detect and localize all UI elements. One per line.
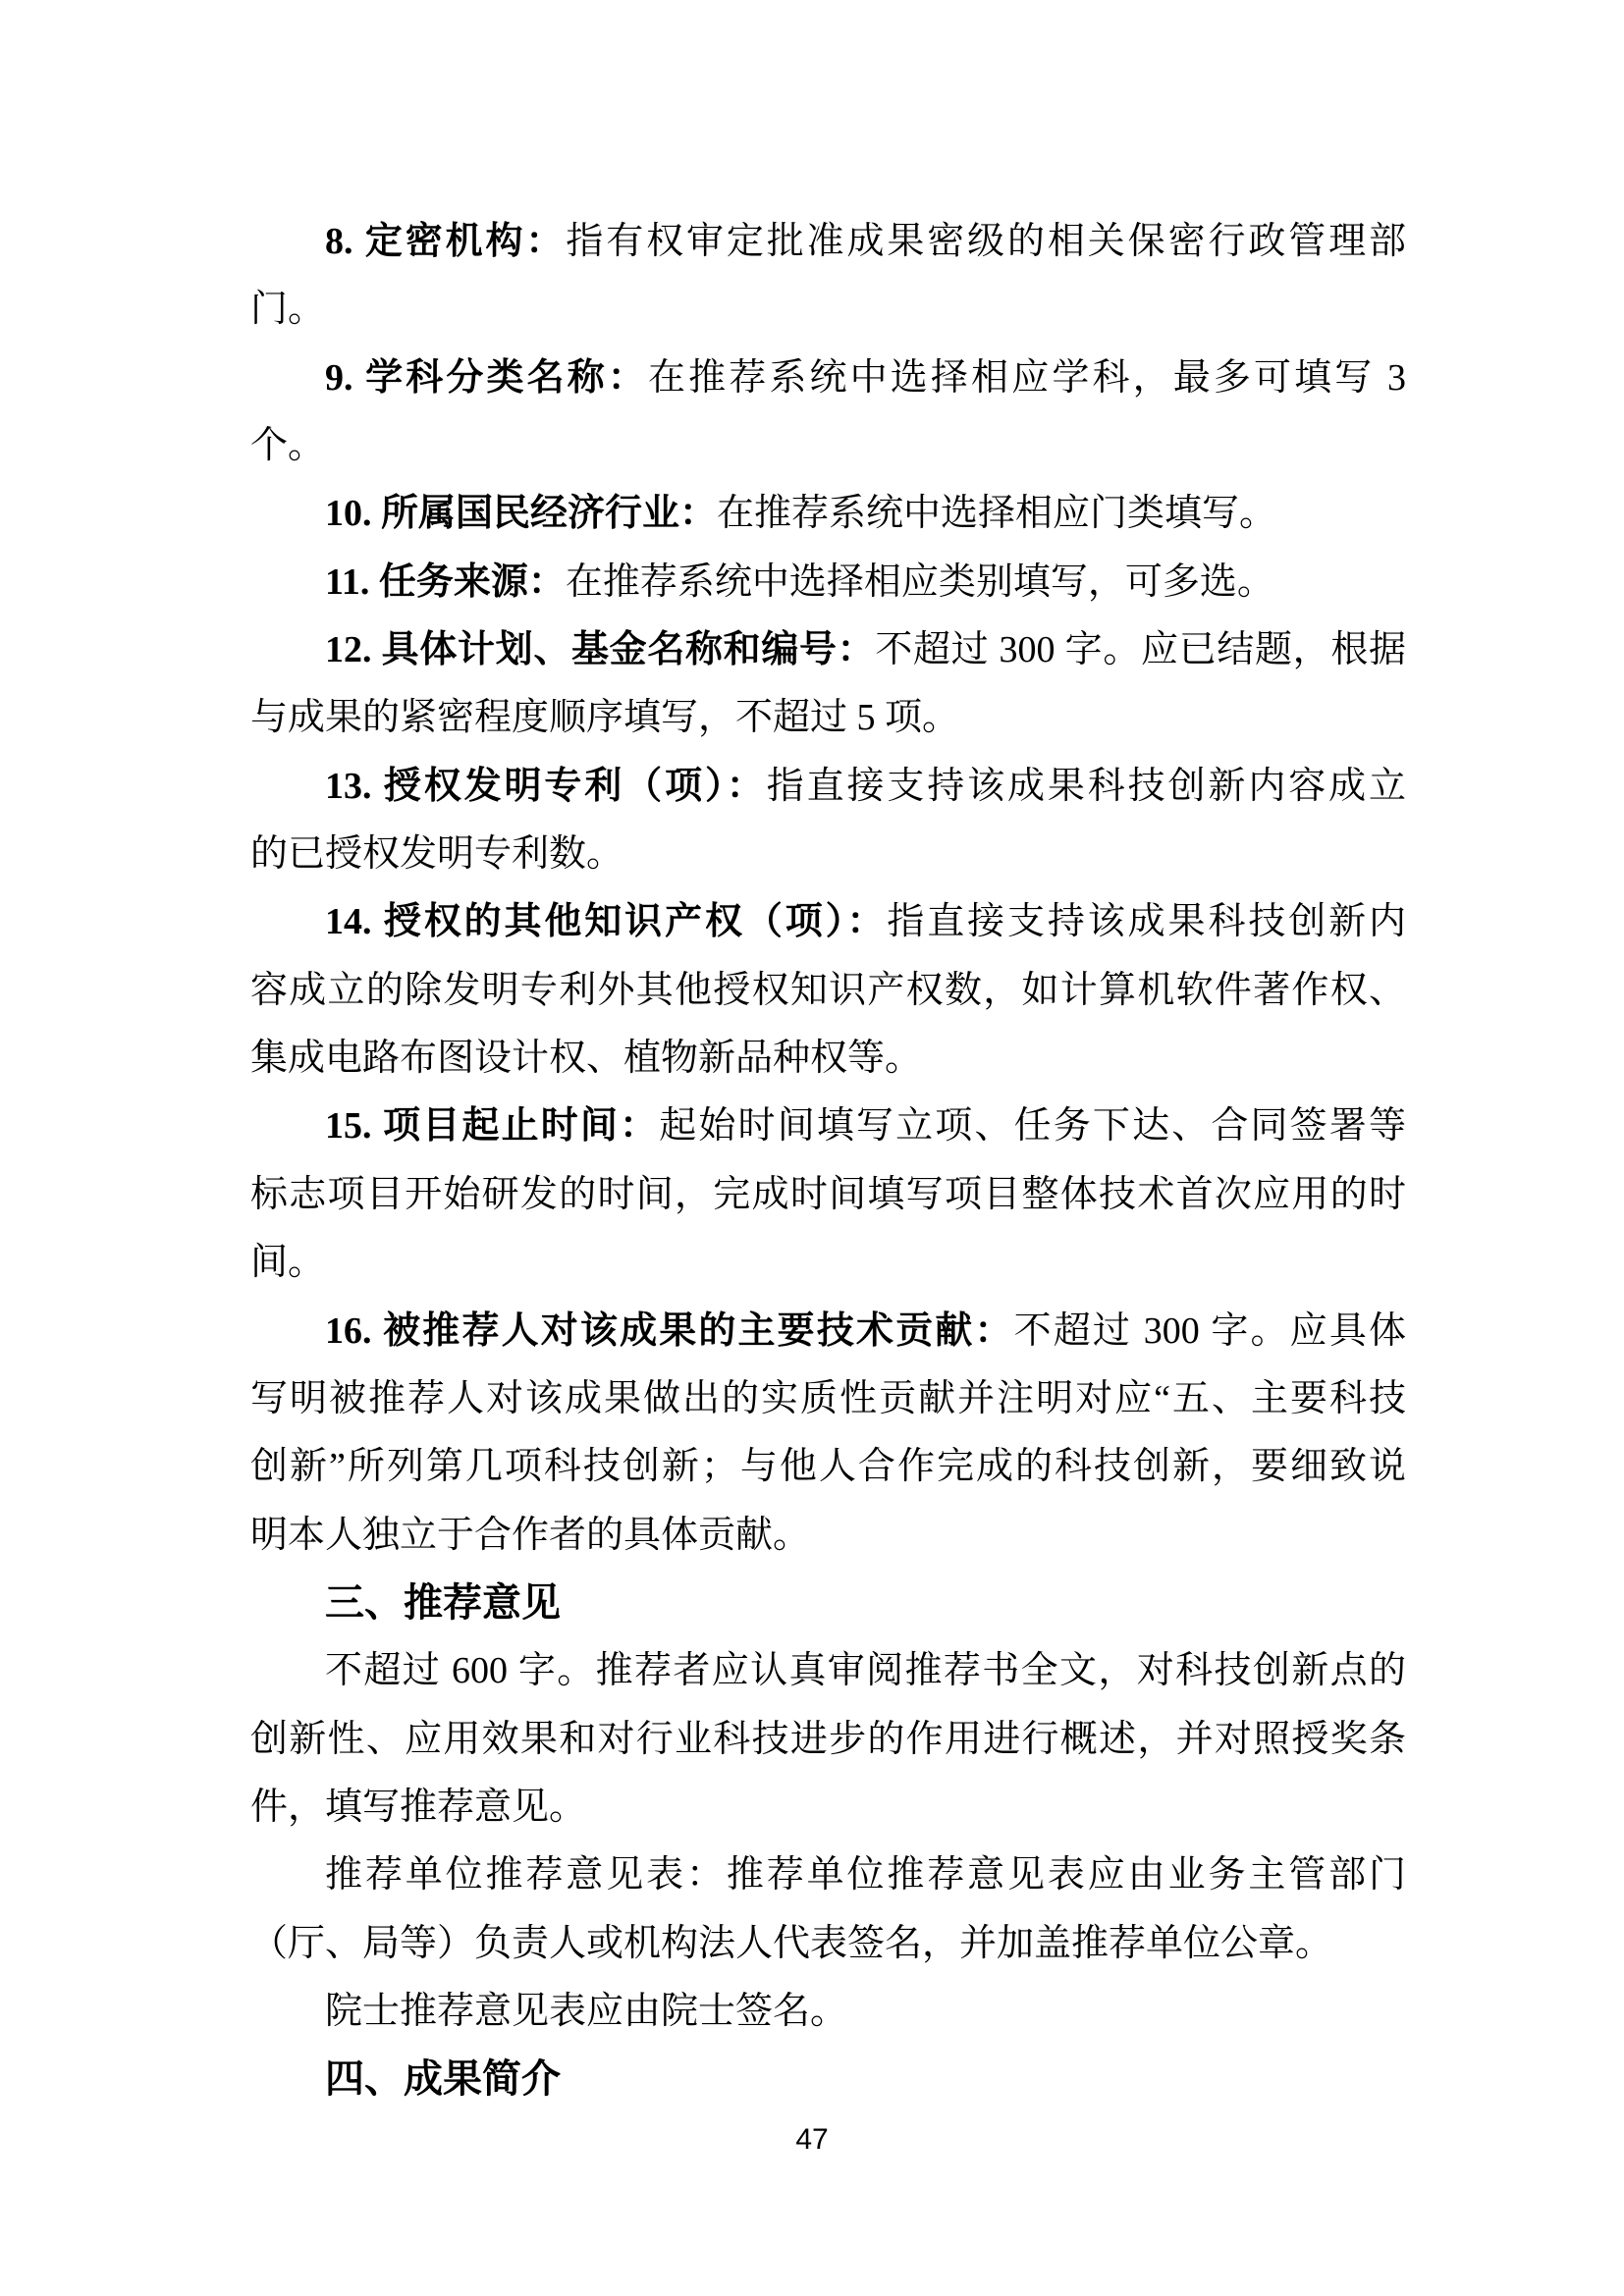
text-line: 创新”所列第几项科技创新；与他人合作完成的科技创新，要细致说 [250, 1433, 1406, 1501]
text-line: 件，填写推荐意见。 [250, 1774, 1406, 1842]
item-label: 16. 被推荐人对该成果的主要技术贡献： [325, 1310, 1014, 1352]
text-line: 14. 授权的其他知识产权（项）：指直接支持该成果科技创新内 [250, 888, 1406, 956]
text-line: 写明被推荐人对该成果做出的实质性贡献并注明对应“五、主要科技 [250, 1365, 1406, 1433]
section-heading: 三、推荐意见 [250, 1570, 1406, 1637]
text-line: 11. 任务来源：在推荐系统中选择相应类别填写，可多选。 [250, 549, 1406, 616]
text-line: 标志项目开始研发的时间，完成时间填写项目整体技术首次应用的时 [250, 1161, 1406, 1229]
text-line: 容成立的除发明专利外其他授权知识产权数，如计算机软件著作权、 [250, 957, 1406, 1025]
text-line: 创新性、应用效果和对行业科技进步的作用进行概述，并对照授奖条 [250, 1706, 1406, 1774]
text-line: 9. 学科分类名称：在推荐系统中选择相应学科，最多可填写 3 个。 [250, 345, 1406, 481]
text-line: 的已授权发明专利数。 [250, 821, 1406, 888]
item-label: 15. 项目起止时间： [325, 1105, 659, 1147]
item-label: 14. 授权的其他知识产权（项）： [325, 901, 887, 942]
text-line: 10. 所属国民经济行业：在推荐系统中选择相应门类填写。 [250, 480, 1406, 548]
item-label: 11. 任务来源： [325, 561, 566, 603]
item-label: 13. 授权发明专利（项）： [325, 766, 767, 807]
document-body: 8. 定密机构：指有权审定批准成果密级的相关保密行政管理部门。9. 学科分类名称… [250, 208, 1406, 2114]
text-line: 间。 [250, 1229, 1406, 1297]
item-label: 8. 定密机构： [325, 221, 566, 262]
text-line: 明本人独立于合作者的具体贡献。 [250, 1502, 1406, 1570]
text-line: 门。 [250, 276, 1406, 344]
page-number: 47 [0, 2122, 1624, 2158]
item-label: 10. 所属国民经济行业： [325, 493, 717, 534]
text-line: 推荐单位推荐意见表：推荐单位推荐意见表应由业务主管部门 [250, 1842, 1406, 1909]
document-page: 8. 定密机构：指有权审定批准成果密级的相关保密行政管理部门。9. 学科分类名称… [0, 0, 1624, 2296]
text-line: 不超过 600 字。推荐者应认真审阅推荐书全文，对科技创新点的 [250, 1637, 1406, 1705]
text-line: 与成果的紧密程度顺序填写，不超过 5 项。 [250, 684, 1406, 752]
text-line: 集成电路布图设计权、植物新品种权等。 [250, 1025, 1406, 1093]
text-line: 院士推荐意见表应由院士签名。 [250, 1978, 1406, 2046]
text-line: 15. 项目起止时间：起始时间填写立项、任务下达、合同签署等 [250, 1093, 1406, 1160]
text-line: 13. 授权发明专利（项）：指直接支持该成果科技创新内容成立 [250, 753, 1406, 821]
text-line: 8. 定密机构：指有权审定批准成果密级的相关保密行政管理部 [250, 208, 1406, 276]
section-heading: 四、成果简介 [250, 2046, 1406, 2113]
item-label: 9. 学科分类名称： [325, 357, 648, 399]
text-line: 16. 被推荐人对该成果的主要技术贡献：不超过 300 字。应具体 [250, 1298, 1406, 1365]
text-line: （厅、局等）负责人或机构法人代表签名，并加盖推荐单位公章。 [250, 1910, 1406, 1978]
item-label: 12. 具体计划、基金名称和编号： [325, 629, 875, 670]
text-line: 12. 具体计划、基金名称和编号：不超过 300 字。应已结题，根据 [250, 616, 1406, 684]
